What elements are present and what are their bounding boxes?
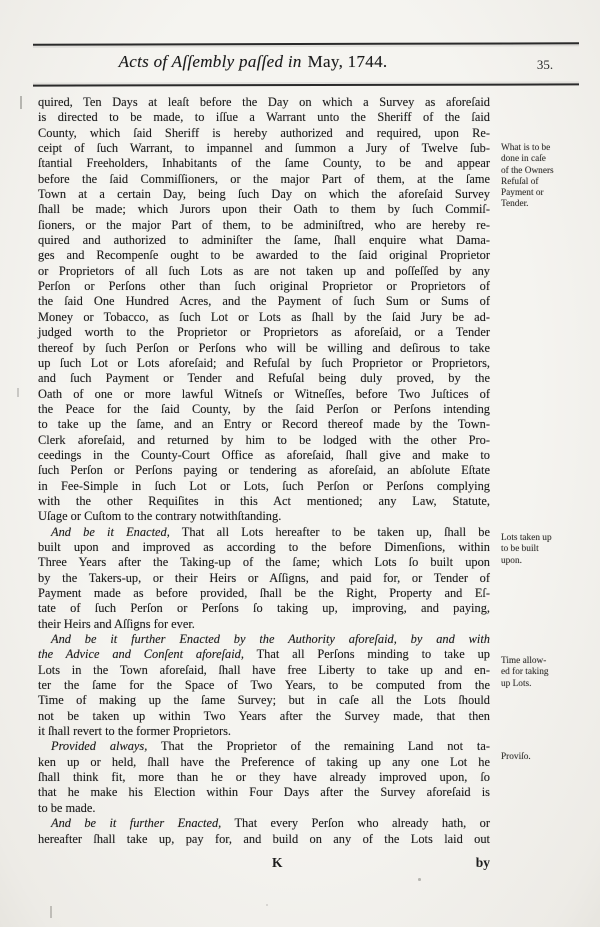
text-line: the Peace for the ſaid County, by the ſa… [38, 402, 490, 417]
text-line: Clerk aforeſaid, and returned by him to … [38, 433, 490, 448]
text-line: to take up the ſame, and an Entry or Rec… [38, 417, 490, 432]
text-line: Time of making up the ſame Survey; but i… [38, 693, 490, 708]
text-line: the Advice and Conſent aforeſaid, That a… [38, 647, 490, 662]
text-line: Provided always, That the Proprietor of … [38, 739, 490, 754]
text-line: Oath of one or more lawful Witneſs or Wi… [38, 387, 490, 402]
scan-artifact [50, 906, 52, 918]
running-title: Acts of Aſſembly paſſed inMay, 1744. [38, 52, 468, 72]
scan-artifact [266, 904, 268, 906]
margin-note-line: Proviſo. [501, 752, 595, 763]
margin-note: Time allow-ed for takingup Lots. [501, 656, 595, 690]
scan-artifact [20, 96, 22, 109]
text-line: And be it further Enacted by the Authori… [38, 632, 490, 647]
signature-mark: K [272, 855, 283, 871]
italic-phrase: And be it further Enacted by the Authori… [51, 632, 490, 646]
text-line: to be made. [38, 801, 490, 816]
margin-note: Proviſo. [501, 752, 595, 763]
scanned-page: Acts of Aſſembly paſſed inMay, 1744. 35.… [0, 0, 600, 927]
text-line: ken up or held, ſhall have the Preferenc… [38, 755, 490, 770]
margin-note-line: Lots taken up [501, 533, 595, 544]
text-line: Money or Tobacco, as ſuch Lot or Lots as… [38, 310, 490, 325]
text-line: ges and Recompenſe ought to be awarded t… [38, 248, 490, 263]
header-rule-bottom [33, 83, 579, 86]
margin-note-line: ed for taking [501, 667, 595, 678]
text-line: up ſuch Lot or Lots aforeſaid; and Refuſ… [38, 356, 490, 371]
text-line: in Fee-Simple in ſuch Lot or Lots, ſuch … [38, 479, 490, 494]
margin-note-line: Tender. [501, 199, 595, 210]
text-line: tate of ſuch Perſon or Perſons ſo taking… [38, 601, 490, 616]
text-line: And be it Enacted, That all Lots hereaft… [38, 525, 490, 540]
text-line: hereafter ſhall take up, pay for, and bu… [38, 832, 490, 847]
margin-note: Lots taken upto be builtupon. [501, 533, 595, 567]
text-line: ſtantial Freeholders, Inhabitants of the… [38, 156, 490, 171]
margin-note-line: Time allow- [501, 656, 595, 667]
text-line: And be it further Enacted, That every Pe… [38, 816, 490, 831]
margin-note-line: up Lots. [501, 679, 595, 690]
margin-note-line: upon. [501, 556, 595, 567]
text-line: quired, Ten Days at leaſt before the Day… [38, 95, 490, 110]
text-line: and ſuch Payment or Tender and Refuſal b… [38, 371, 490, 386]
italic-phrase: Provided always, [51, 739, 147, 753]
text-line: Perſon or Perſons other than ſuch origin… [38, 279, 490, 294]
scan-artifact [17, 388, 19, 397]
text-line: Town at a certain Day, being ſuch Day on… [38, 187, 490, 202]
margin-note: What is to bedone in caſeof the OwnersRe… [501, 143, 595, 211]
text-line: thereof by ſuch Perſon or Perſons who wi… [38, 341, 490, 356]
text-line: ceedings in the County-Court Office as a… [38, 448, 490, 463]
text-line: that he make his Election within Four Da… [38, 785, 490, 800]
text-line: their Heirs and Aſſigns for ever. [38, 617, 490, 632]
text-line: Payment made as before provided, ſhall b… [38, 586, 490, 601]
text-line: before the ſaid Commiſſioners, or the ma… [38, 172, 490, 187]
text-line: quired and authorized to adminiſter the … [38, 233, 490, 248]
text-line: Three Years after the Taking-up of the ſ… [38, 555, 490, 570]
running-title-roman: May, 1744. [308, 52, 388, 71]
scan-artifact [418, 878, 421, 881]
margin-note-line: What is to be [501, 143, 595, 154]
text-line: Uſage or Cuſtom to the contrary notwithſ… [38, 509, 490, 524]
text-line: judged worth to the Proprietor or Propri… [38, 325, 490, 340]
italic-phrase: the Advice and Conſent aforeſaid, [38, 647, 244, 661]
italic-phrase: And be it Enacted, [51, 525, 170, 539]
text-line: ſioners, or the major Part of them, to b… [38, 218, 490, 233]
text-line: it ſhall revert to the former Proprietor… [38, 724, 490, 739]
footer: K by [38, 855, 490, 873]
margin-note-line: Refuſal of [501, 177, 595, 188]
running-title-italic: Acts of Aſſembly paſſed in [119, 52, 302, 71]
text-line: ceipt of ſuch Warrant, to impannel and ſ… [38, 141, 490, 156]
margin-notes-column: What is to bedone in caſeof the OwnersRe… [501, 0, 597, 927]
text-line: ſuch Perſon or Perſons paying or tenderi… [38, 463, 490, 478]
text-line: ſhall think fit, more than he or they ha… [38, 770, 490, 785]
text-line: by the Takers-up, or their Heirs or Aſſi… [38, 571, 490, 586]
text-line: or Proprietors of all ſuch Lots as are n… [38, 264, 490, 279]
italic-phrase: And be it further Enacted, [51, 816, 221, 830]
text-line: with the other Requiſites in this Act me… [38, 494, 490, 509]
text-line: is directed to be made, to iſſue a Warra… [38, 110, 490, 125]
text-line: not be taken up within Two Years after t… [38, 709, 490, 724]
margin-note-line: to be built [501, 544, 595, 555]
margin-note-line: done in caſe [501, 154, 595, 165]
text-line: County, which ſaid Sheriff is hereby aut… [38, 126, 490, 141]
margin-note-line: of the Owners [501, 166, 595, 177]
text-line: Lots in the Town aforeſaid, ſhall have f… [38, 663, 490, 678]
catchword: by [476, 855, 490, 871]
text-line: the ſaid One Hundred Acres, and the Paym… [38, 294, 490, 309]
text-line: ter the ſame for the Space of Two Years,… [38, 678, 490, 693]
header-rule-top [33, 42, 579, 45]
text-line: built upon and improved as according to … [38, 540, 490, 555]
body-text: quired, Ten Days at leaſt before the Day… [38, 95, 490, 847]
margin-note-line: Payment or [501, 188, 595, 199]
text-line: ſhall be made; which Jurors upon their O… [38, 202, 490, 217]
